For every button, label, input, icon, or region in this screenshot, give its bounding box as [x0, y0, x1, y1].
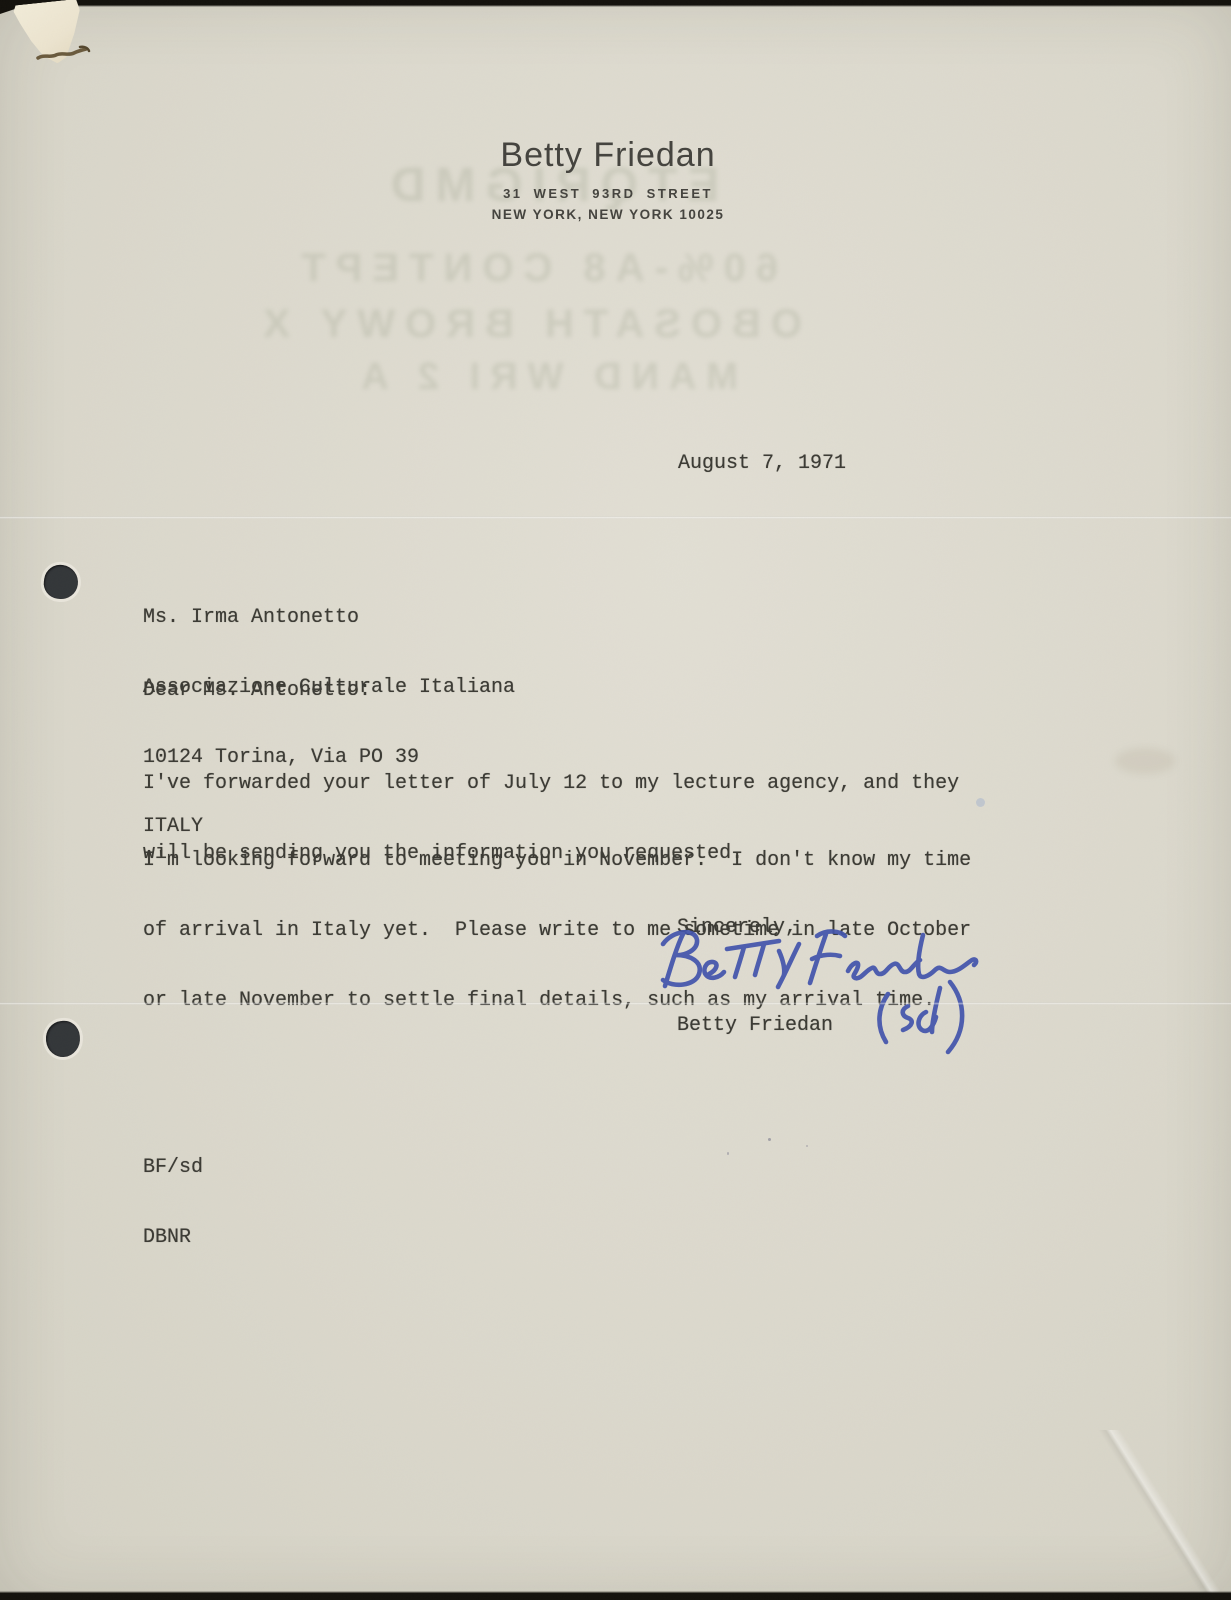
recipient-line: Ms. Irma Antonetto: [143, 606, 515, 629]
paper-speck: [727, 1152, 729, 1155]
reference-initials: BF/sd DBNR: [143, 1110, 203, 1296]
fold-crease: [0, 516, 1231, 519]
body-line: or late November to settle final details…: [143, 989, 971, 1012]
letter-page: ETQRIGMD 60%-A8 CONTEPT OBOSATH BROWY X …: [0, 0, 1231, 1600]
paper-speck: [976, 798, 985, 807]
body-line: I've forwarded your letter of July 12 to…: [143, 772, 959, 795]
body-paragraph-2: I'm looking forward to meeting you in No…: [143, 803, 971, 1058]
paper-stain: [1115, 748, 1175, 774]
body-line: of arrival in Italy yet. Please write to…: [143, 919, 971, 942]
punch-hole: [42, 563, 80, 601]
letterhead-city: NEW YORK, NEW YORK 10025: [0, 207, 1216, 222]
corner-fold: [1091, 1430, 1231, 1600]
letterhead: Betty Friedan 31 WEST 93RD STREET NEW YO…: [0, 136, 1216, 222]
salutation: Dear Ms. Antonetto:: [143, 679, 371, 702]
ghost-bleedthrough-line: 60%-A8 CONTEPT: [368, 246, 778, 291]
date-line: August 7, 1971: [678, 452, 846, 475]
initials-line: BF/sd: [143, 1156, 203, 1179]
scan-edge-top: [0, 0, 1231, 7]
punch-hole: [44, 1019, 82, 1058]
scan-edge-bottom: [0, 1591, 1231, 1600]
initials-line: DBNR: [143, 1226, 203, 1249]
valediction: Sincerely,: [677, 916, 797, 939]
letterhead-street: 31 WEST 93RD STREET: [0, 186, 1216, 201]
typed-signature-name: Betty Friedan: [677, 1014, 833, 1037]
body-line: I'm looking forward to meeting you in No…: [143, 849, 971, 872]
paper-speck: [768, 1138, 771, 1141]
ghost-bleedthrough-line: MAND WRI 2 A: [378, 356, 738, 399]
staple-mark: [34, 42, 94, 66]
paper-speck: [806, 1145, 808, 1147]
ghost-bleedthrough-line: OBOSATH BROWY X: [342, 302, 802, 347]
letterhead-name: Betty Friedan: [0, 136, 1216, 175]
